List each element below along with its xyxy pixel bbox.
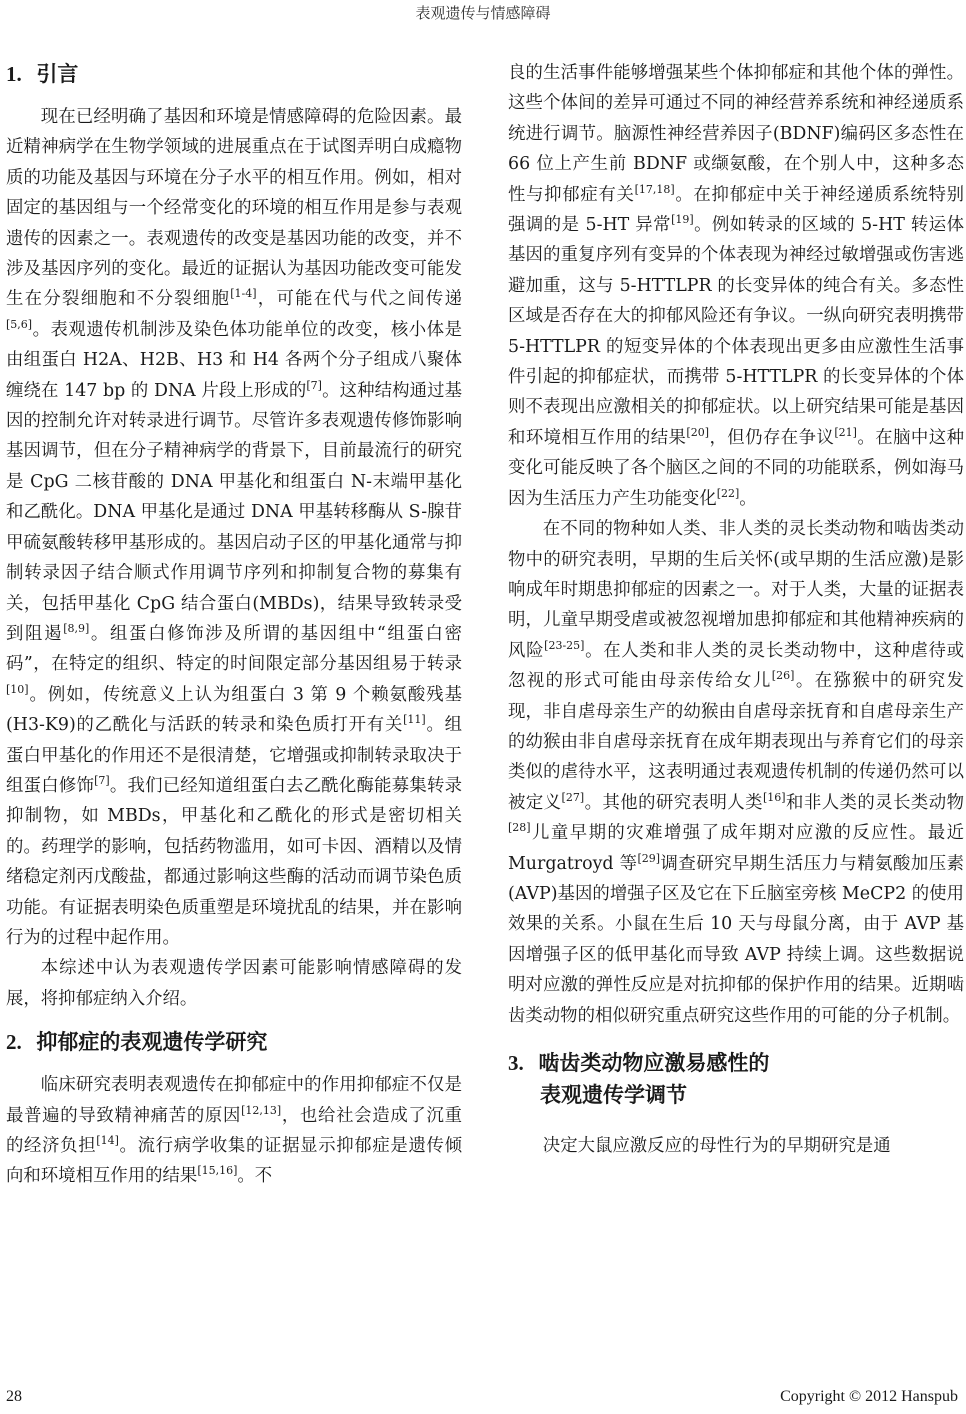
text: ，可能在代与代之间传递 [256,289,462,309]
citation: [19] [671,213,694,226]
citation: [12,13] [241,1104,281,1117]
citation: [22] [717,487,740,500]
paragraph: 本综述中认为表观遗传学因素可能影响情感障碍的发展，将抑郁症纳入介绍。 [6,953,462,1014]
paragraph: 良的生活事件能够增强某些个体抑郁症和其他个体的弹性。这些个体间的差异可通过不同的… [508,58,964,514]
section-title-line-1: 啮齿类动物应激易感性的 [538,1051,769,1075]
right-column: 良的生活事件能够增强某些个体抑郁症和其他个体的弹性。这些个体间的差异可通过不同的… [508,58,964,1161]
text: 。例如，传统意义上认为组蛋白 3 第 9 个赖氨酸残基(H3-K9)的乙酰化与活… [6,685,462,735]
citation: [7] [94,774,110,787]
text: 现在已经明确了基因和环境是情感障碍的危险因素。最近精神病学在生物学领域的进展重点… [6,107,462,309]
section-3-heading: 3. 啮齿类动物应激易感性的 表观遗传学调节 [508,1047,964,1111]
citation: [5,6] [6,318,32,331]
citation: [29] [637,852,660,865]
citation: [20] [686,426,709,439]
page-number: 28 [6,1388,22,1406]
section-title: 抑郁症的表观遗传学研究 [36,1030,267,1054]
citation: [10] [6,683,29,696]
section-number: 1. [6,62,22,86]
text: 良的生活事件能够增强某些个体抑郁症和其他个体的弹性。这些个体间的差异可通过不同的… [508,63,964,205]
citation: [11] [403,713,426,726]
citation: [8,9] [63,622,89,635]
text: 。例如转录的区域的 5-HT 转运体基因的重复序列有变异的个体表现为神经过敏增强… [508,215,964,448]
text: 和非人类的灵长类动物 [786,793,964,813]
paragraph: 在不同的物种如人类、非人类的灵长类动物和啮齿类动物中的研究表明，早期的生后关怀(… [508,514,964,1031]
text: 。其他的研究表明人类 [584,793,763,813]
citation: [7] [306,379,322,392]
section-number: 3. [508,1051,524,1075]
section-title: 引言 [36,62,78,86]
citation: [26] [772,669,795,682]
paragraph: 临床研究表明表观遗传在抑郁症中的作用抑郁症不仅是最普遍的导致精神痛苦的原因[12… [6,1070,462,1192]
text: ，但仍存在争议 [709,428,834,448]
citation: [16] [763,791,786,804]
citation: [17,18] [635,183,675,196]
citation: [23-25] [544,639,584,652]
section-title-line-2: 表观遗传学调节 [508,1079,964,1111]
text: 调查研究早期生活压力与精氨酸加压素(AVP)基因的增强子区及它在下丘脑室旁核 M… [508,854,964,1026]
running-header: 表观遗传与情感障碍 [0,2,966,23]
citation: [1-4] [230,287,256,300]
paragraph: 决定大鼠应激反应的母性行为的早期研究是通 [508,1131,964,1161]
left-column: 1. 引言 现在已经明确了基因和环境是情感障碍的危险因素。最近精神病学在生物学领… [6,58,462,1192]
citation: [28] [508,821,531,834]
section-number: 2. [6,1030,22,1054]
citation: [27] [562,791,585,804]
text: 。这种结构通过基因的控制允许对转录进行调节。尽管许多表观遗传修饰影响基因调节，但… [6,381,462,644]
text: 。不 [237,1166,272,1186]
section-1-heading: 1. 引言 [6,58,462,90]
paragraph: 现在已经明确了基因和环境是情感障碍的危险因素。最近精神病学在生物学领域的进展重点… [6,102,462,953]
copyright: Copyright © 2012 Hanspub [780,1388,958,1406]
citation: [14] [96,1134,119,1147]
citation: [21] [834,426,857,439]
text: 。 [739,489,756,509]
section-2-heading: 2. 抑郁症的表观遗传学研究 [6,1026,462,1058]
citation: [15,16] [197,1164,237,1177]
text: 。我们已经知道组蛋白去乙酰化酶能募集转录抑制物，如 MBDs，甲基化和乙酰化的形… [6,776,462,948]
